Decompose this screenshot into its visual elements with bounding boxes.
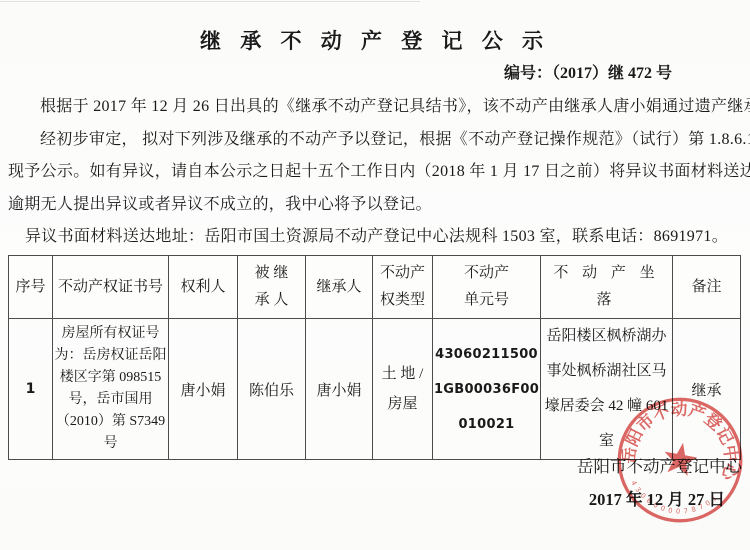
scan-artifact-line (0, 1, 420, 2)
header-seq: 序号 (9, 256, 53, 319)
cell-heir: 唐小娟 (306, 319, 373, 460)
paragraph-review-line3: 逾期无人提出异议或者异议不成立的，我中心将予以登记。 (8, 191, 432, 214)
cell-decedent: 陈伯乐 (238, 319, 306, 460)
cell-cert-no: 房屋所有权证号为：岳房权证岳阳楼区字第 098515 号，岳市国用（2010）第… (53, 319, 169, 460)
paragraph-contact: 异议书面材料送达地址：岳阳市国土资源局不动产登记中心法规科 1503 室，联系电… (25, 223, 728, 246)
header-holder: 权利人 (169, 256, 238, 319)
issuing-org: 岳阳市不动产登记中心 (577, 453, 742, 477)
cell-location: 岳阳楼区枫桥湖办事处枫桥湖社区马壕居委会 42 幢 601 室 (541, 319, 673, 460)
paragraph-basis: 根据于 2017 年 12 月 26 日出具的《继承不动产登记具结书》，该不动产… (40, 93, 750, 116)
paragraph-review-line1: 经初步审定， 拟对下列涉及继承的不动产予以登记，根据《不动产登记操作规范》（试行… (40, 126, 750, 149)
notice-document-page: 继 承 不 动 产 登 记 公 示 编号：（2017）继 472 号 根据于 2… (0, 0, 750, 550)
header-location: 不 动 产 坐 落 (541, 256, 673, 319)
cell-unit-no: 430602115001GB00036F00010021 (433, 319, 541, 460)
header-remark: 备注 (673, 256, 741, 319)
table-row: 1 房屋所有权证号为：岳房权证岳阳楼区字第 098515 号，岳市国用（2010… (9, 319, 741, 460)
paragraph-review-line2: 现予公示。如有异议，请自本公示之日起十五个工作日内（2018 年 1 月 17 … (8, 158, 750, 181)
header-cert-no: 不动产权证书号 (53, 256, 169, 319)
header-decedent: 被 继 承 人 (238, 256, 306, 319)
header-heir: 继承人 (306, 256, 373, 319)
issue-date: 2017 年 12 月 27 日 (589, 486, 725, 510)
table-header-row: 序号 不动产权证书号 权利人 被 继 承 人 继承人 不动产 权类型 不动产 单… (9, 256, 741, 319)
cell-holder: 唐小娟 (169, 319, 238, 460)
page-title: 继 承 不 动 产 登 记 公 示 (0, 25, 750, 55)
registration-table: 序号 不动产权证书号 权利人 被 继 承 人 继承人 不动产 权类型 不动产 单… (8, 255, 741, 460)
cell-property-type: 土 地 / 房屋 (373, 319, 433, 460)
cell-remark: 继承 (673, 319, 741, 460)
header-unit-no: 不动产 单元号 (433, 256, 541, 319)
doc-number: 编号：（2017）继 472 号 (504, 60, 672, 83)
header-property-type: 不动产 权类型 (373, 256, 433, 319)
cell-seq: 1 (9, 319, 53, 460)
